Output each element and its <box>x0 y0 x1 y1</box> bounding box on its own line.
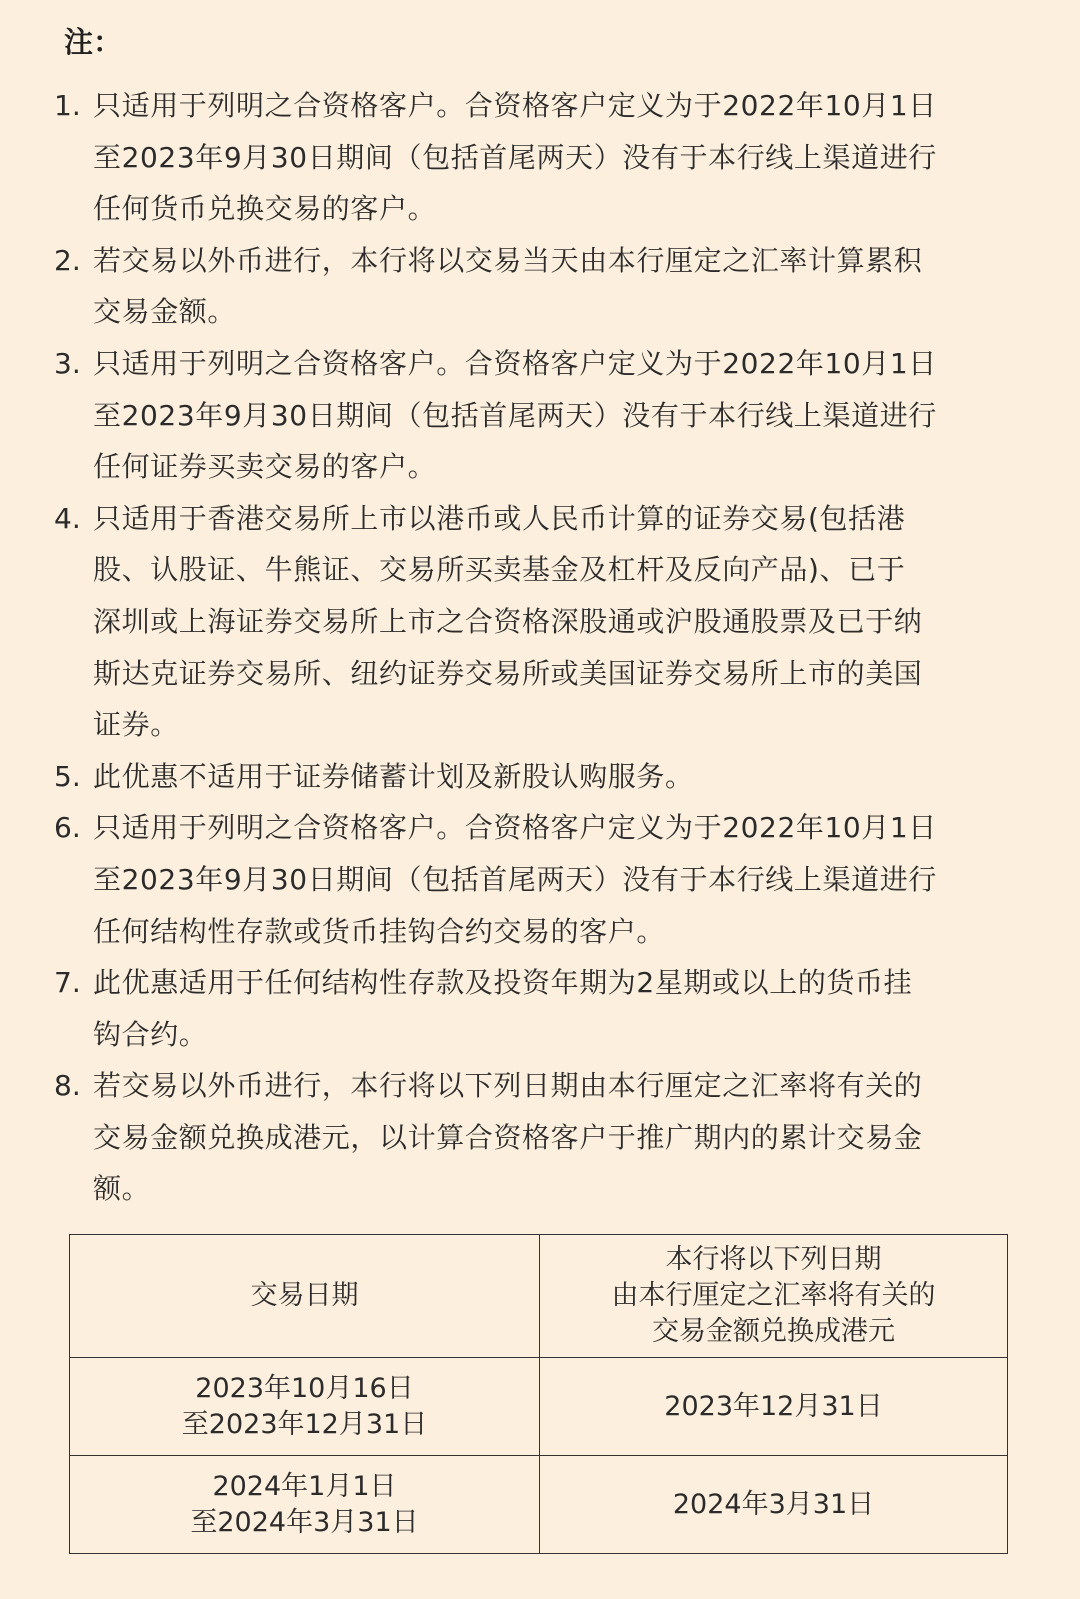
note-item-4: 4. 只适用于香港交易所上市以港币或人民币计算的证券交易(包括港 股、认股证、牛… <box>0 493 1080 751</box>
note-line: 此优惠不适用于证券储蓄计划及新股认购服务。 <box>93 751 1013 803</box>
note-line: 交易金额兑换成港元，以计算合资格客户于推广期内的累计交易金 <box>93 1112 1013 1164</box>
note-item-7: 7. 此优惠适用于任何结构性存款及投资年期为2星期或以上的货币挂 钩合约。 <box>0 957 1080 1060</box>
note-number: 1. <box>54 80 81 132</box>
table-header-row: 交易日期 本行将以下列日期 由本行厘定之汇率将有关的 交易金额兑换成港元 <box>70 1235 1008 1358</box>
note-line: 斯达克证券交易所、纽约证券交易所或美国证券交易所上市的美国 <box>93 648 1013 700</box>
note-line: 任何结构性存款或货币挂钩合约交易的客户。 <box>93 906 1013 958</box>
cell-period: 2023年10月16日 至2023年12月31日 <box>70 1358 540 1456</box>
note-line: 只适用于香港交易所上市以港币或人民币计算的证券交易(包括港 <box>93 493 1013 545</box>
note-line: 至2023年9月30日期间（包括首尾两天）没有于本行线上渠道进行 <box>93 132 1013 184</box>
note-line: 若交易以外币进行，本行将以下列日期由本行厘定之汇率将有关的 <box>93 1060 1013 1112</box>
exchange-rate-date-table: 交易日期 本行将以下列日期 由本行厘定之汇率将有关的 交易金额兑换成港元 202… <box>69 1234 1008 1554</box>
note-number: 7. <box>54 957 81 1009</box>
note-line: 此优惠适用于任何结构性存款及投资年期为2星期或以上的货币挂 <box>93 957 1013 1009</box>
note-number: 3. <box>54 338 81 390</box>
note-line: 任何货币兑换交易的客户。 <box>93 183 1013 235</box>
note-item-1: 1. 只适用于列明之合资格客户。合资格客户定义为于2022年10月1日 至202… <box>0 80 1080 235</box>
note-line: 额。 <box>93 1163 1013 1215</box>
note-line: 交易金额。 <box>93 286 1013 338</box>
cell-conversion-date: 2023年12月31日 <box>540 1358 1008 1456</box>
note-line: 只适用于列明之合资格客户。合资格客户定义为于2022年10月1日 <box>93 338 1013 390</box>
table-row: 2023年10月16日 至2023年12月31日 2023年12月31日 <box>70 1358 1008 1456</box>
note-line: 只适用于列明之合资格客户。合资格客户定义为于2022年10月1日 <box>93 80 1013 132</box>
notes-list: 1. 只适用于列明之合资格客户。合资格客户定义为于2022年10月1日 至202… <box>0 80 1080 1215</box>
note-number: 5. <box>54 751 81 803</box>
note-number: 6. <box>54 802 81 854</box>
note-line: 至2023年9月30日期间（包括首尾两天）没有于本行线上渠道进行 <box>93 854 1013 906</box>
note-line: 股、认股证、牛熊证、交易所买卖基金及杠杆及反向产品)、已于 <box>93 544 1013 596</box>
note-number: 2. <box>54 235 81 287</box>
note-number: 8. <box>54 1060 81 1112</box>
note-line: 证券。 <box>93 699 1013 751</box>
note-line: 钩合约。 <box>93 1009 1013 1061</box>
note-number: 4. <box>54 493 81 545</box>
note-item-3: 3. 只适用于列明之合资格客户。合资格客户定义为于2022年10月1日 至202… <box>0 338 1080 493</box>
note-line: 只适用于列明之合资格客户。合资格客户定义为于2022年10月1日 <box>93 802 1013 854</box>
note-line: 若交易以外币进行，本行将以交易当天由本行厘定之汇率计算累积 <box>93 235 1013 287</box>
note-line: 至2023年9月30日期间（包括首尾两天）没有于本行线上渠道进行 <box>93 390 1013 442</box>
notes-title: 注： <box>64 22 122 62</box>
cell-conversion-date: 2024年3月31日 <box>540 1456 1008 1554</box>
header-transaction-date: 交易日期 <box>70 1235 540 1358</box>
cell-period: 2024年1月1日 至2024年3月31日 <box>70 1456 540 1554</box>
table-row: 2024年1月1日 至2024年3月31日 2024年3月31日 <box>70 1456 1008 1554</box>
note-item-5: 5. 此优惠不适用于证券储蓄计划及新股认购服务。 <box>0 751 1080 803</box>
note-line: 任何证券买卖交易的客户。 <box>93 441 1013 493</box>
note-item-6: 6. 只适用于列明之合资格客户。合资格客户定义为于2022年10月1日 至202… <box>0 802 1080 957</box>
header-conversion-date: 本行将以下列日期 由本行厘定之汇率将有关的 交易金额兑换成港元 <box>540 1235 1008 1358</box>
note-item-2: 2. 若交易以外币进行，本行将以交易当天由本行厘定之汇率计算累积 交易金额。 <box>0 235 1080 338</box>
note-line: 深圳或上海证券交易所上市之合资格深股通或沪股通股票及已于纳 <box>93 596 1013 648</box>
note-item-8: 8. 若交易以外币进行，本行将以下列日期由本行厘定之汇率将有关的 交易金额兑换成… <box>0 1060 1080 1215</box>
